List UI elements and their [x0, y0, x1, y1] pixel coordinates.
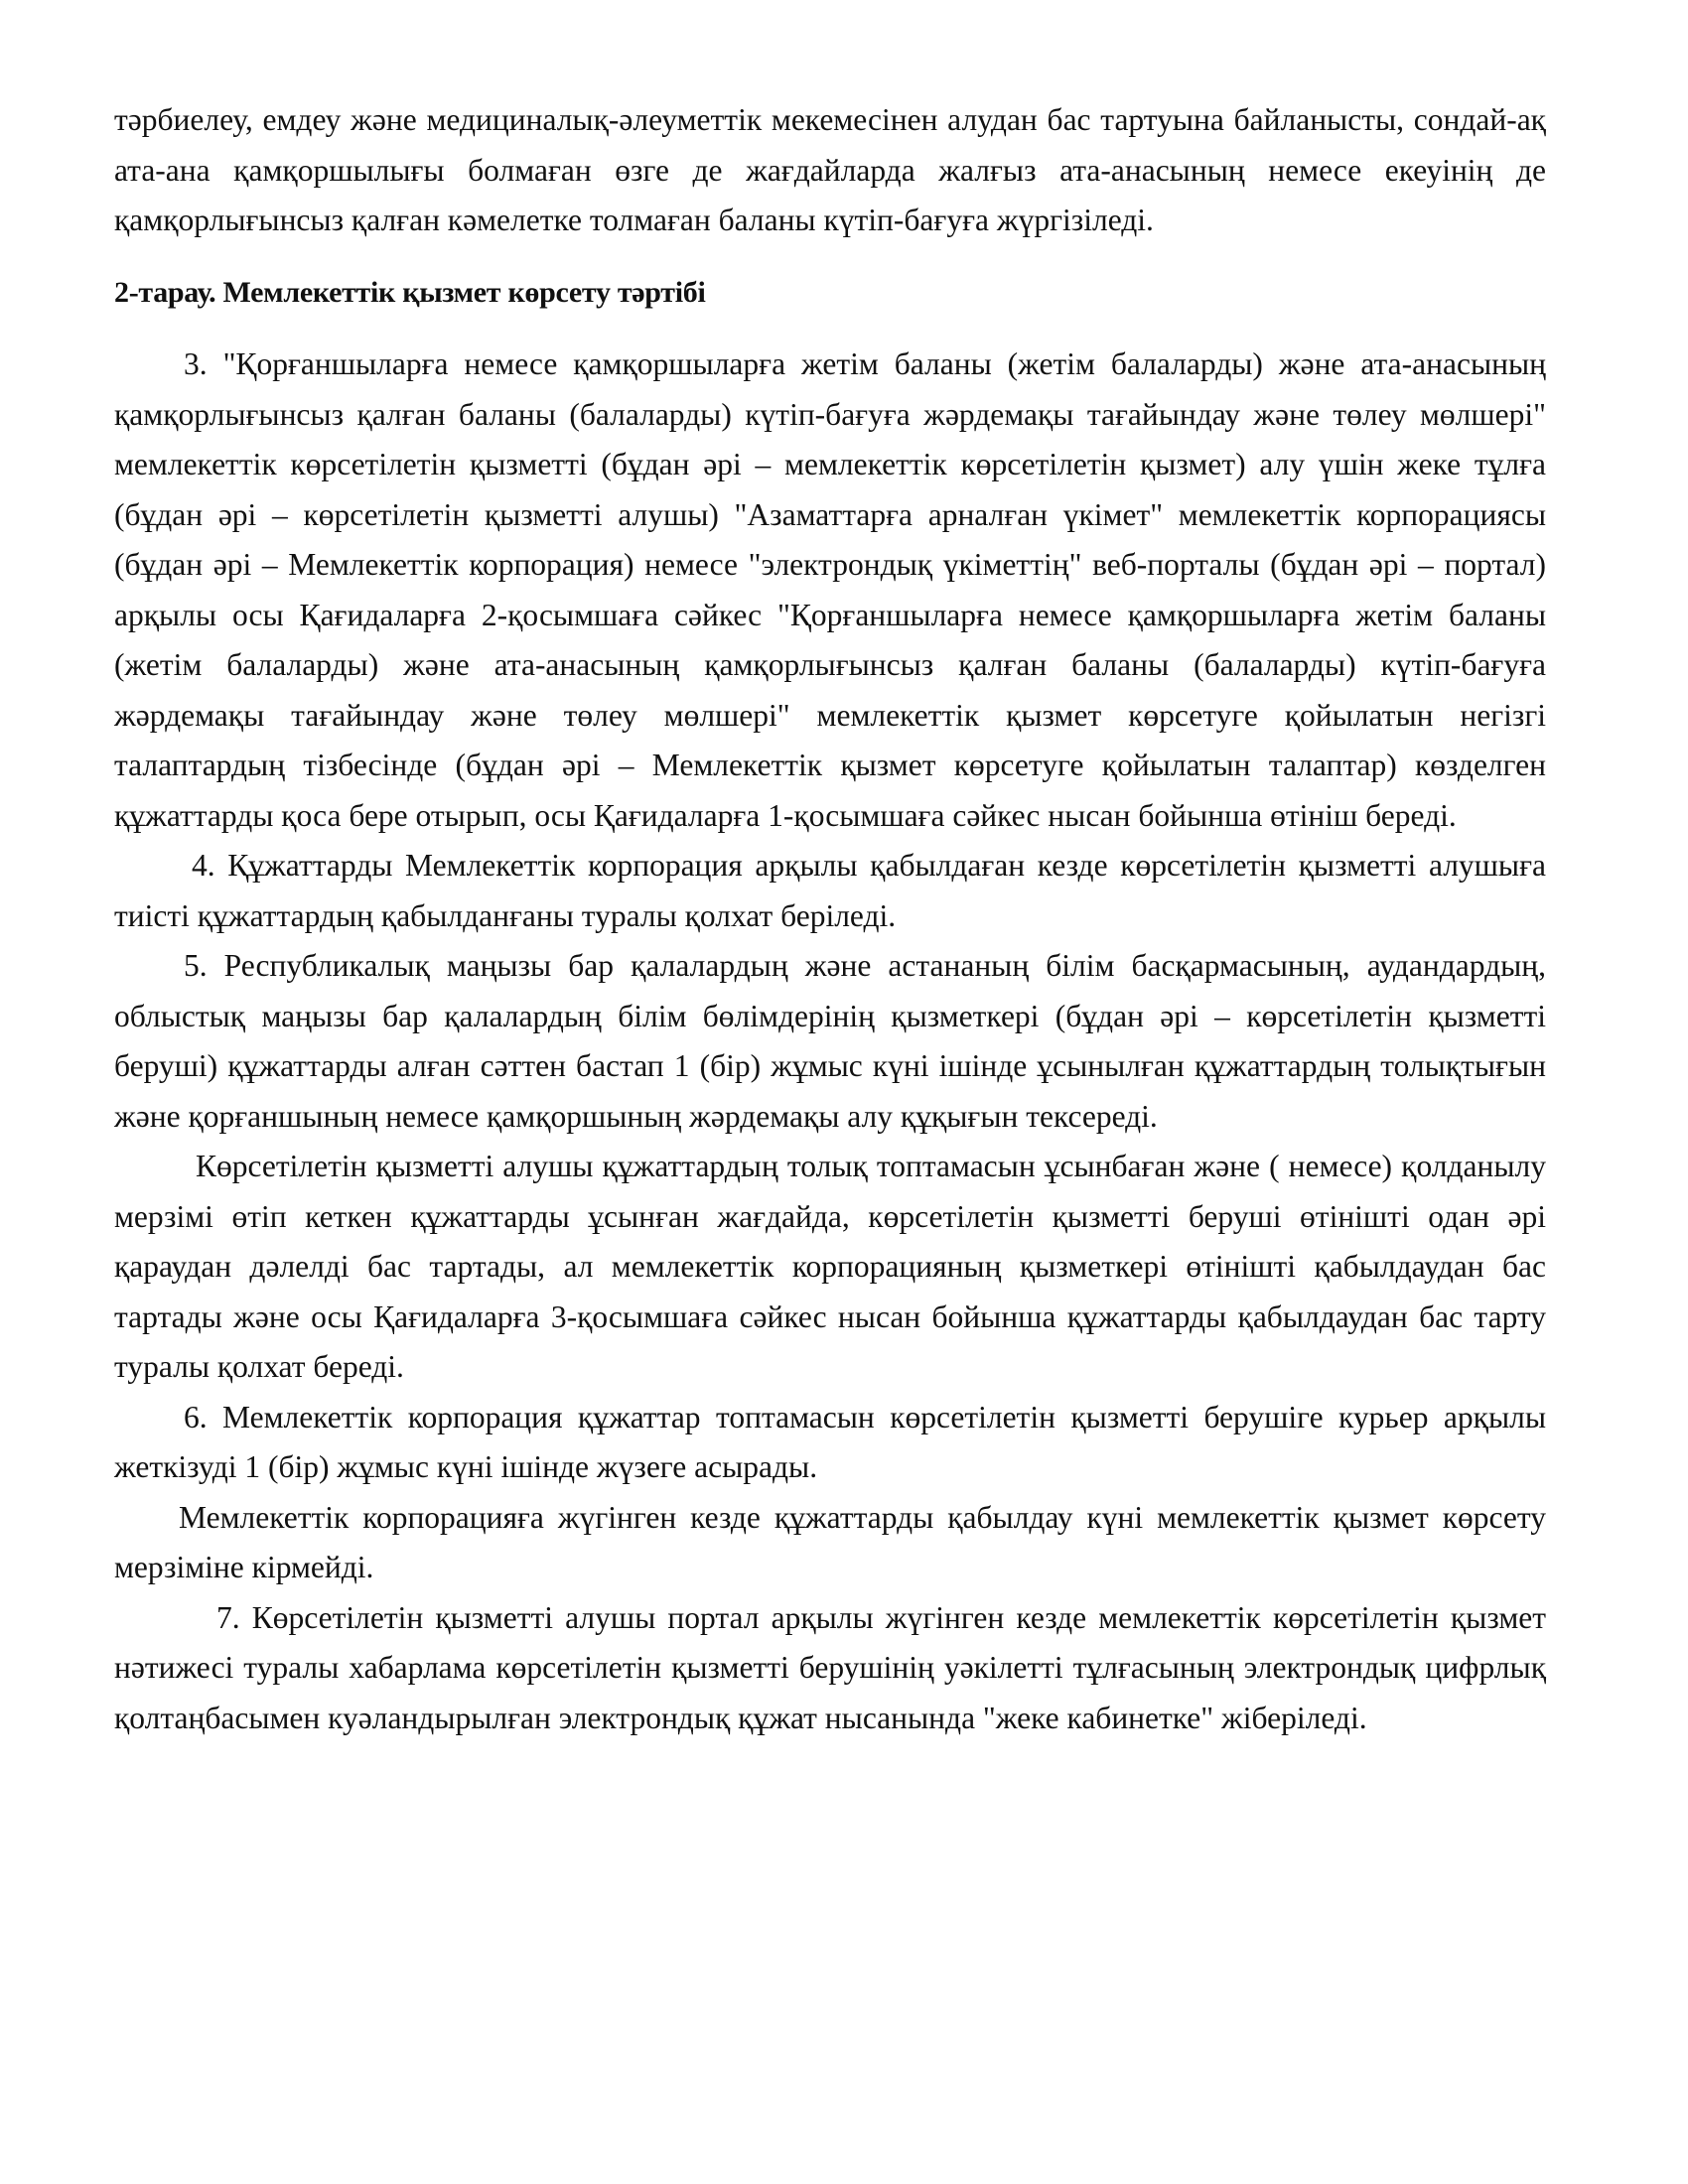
- chapter-heading: 2-тарау. Мемлекеттік қызмет көрсету тәрт…: [114, 268, 1546, 319]
- paragraph-5: 5. Республикалық маңызы бар қалалардың ж…: [114, 941, 1546, 1142]
- paragraph-7: 7. Көрсетілетін қызметті алушы портал ар…: [114, 1593, 1546, 1744]
- paragraph-3: 3. "Қорғаншыларға немесе қамқоршыларға ж…: [114, 340, 1546, 841]
- intro-paragraph: тәрбиелеу, емдеу және медициналық-әлеуме…: [114, 95, 1546, 246]
- document-page: тәрбиелеу, емдеу және медициналық-әлеуме…: [114, 95, 1546, 1743]
- paragraph-4: 4. Құжаттарды Мемлекеттік корпорация арқ…: [114, 841, 1546, 941]
- paragraph-6-continuation: Мемлекеттік корпорацияға жүгінген кезде …: [114, 1493, 1546, 1593]
- paragraph-5-continuation: Көрсетілетін қызметті алушы құжаттардың …: [114, 1142, 1546, 1393]
- paragraph-6: 6. Мемлекеттік корпорация құжаттар топта…: [114, 1393, 1546, 1493]
